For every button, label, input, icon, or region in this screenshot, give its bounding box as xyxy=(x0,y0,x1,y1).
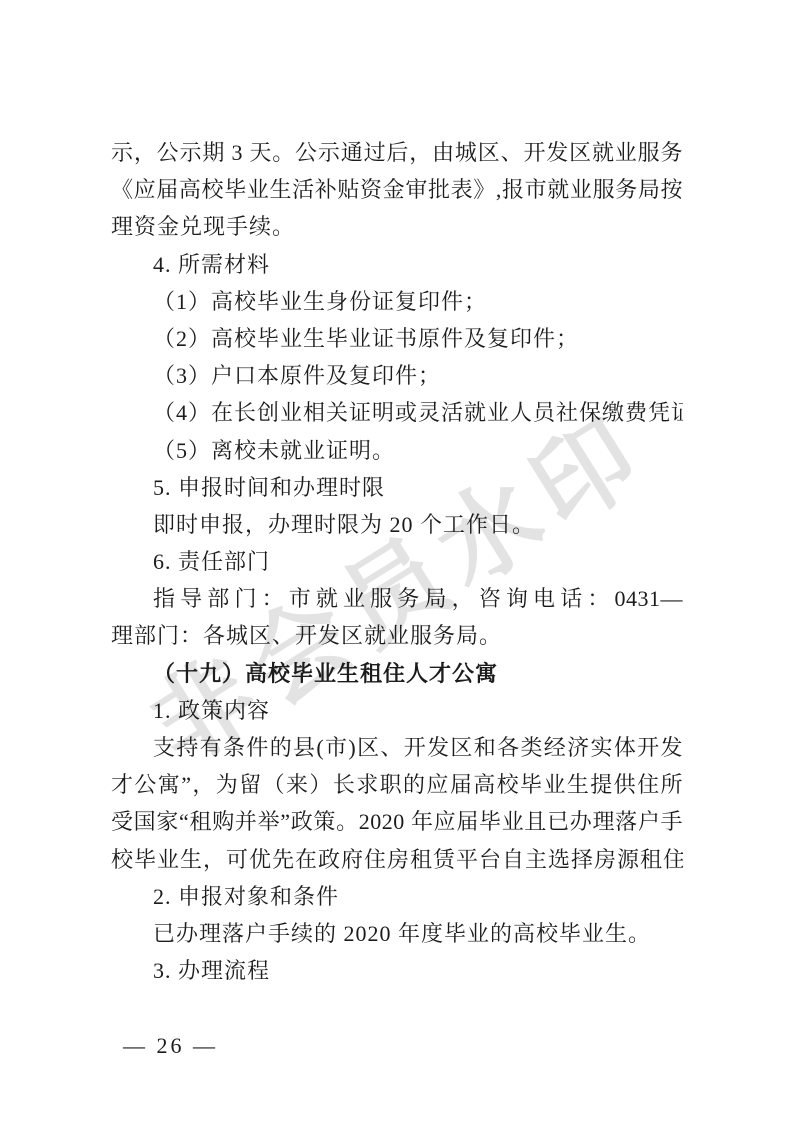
section-heading: （十九）高校毕业生租住人才公寓 xyxy=(111,655,683,692)
text-line: （4）在长创业相关证明或灵活就业人员社保缴费凭证； xyxy=(111,394,683,431)
document-content: 示，公示期 3 天。公示通过后，由城区、开发区就业服务局填写《应届高校毕业生活补… xyxy=(111,134,683,989)
text-line: 示，公示期 3 天。公示通过后，由城区、开发区就业服务局填写 xyxy=(111,134,683,171)
text-line: 1. 政策内容 xyxy=(111,692,683,729)
text-line: 3. 办理流程 xyxy=(111,952,683,989)
text-line: 受国家“租购并举”政策。2020 年应届毕业且已办理落户手续的高 xyxy=(111,803,683,840)
text-line: 才公寓”，为留（来）长求职的应届高校毕业生提供住所的，可享 xyxy=(111,766,683,803)
text-line: 校毕业生，可优先在政府住房租赁平台自主选择房源租住。 xyxy=(111,841,683,878)
text-line: 4. 所需材料 xyxy=(111,246,683,283)
text-line: 理部门：各城区、开发区就业服务局。 xyxy=(111,617,683,654)
text-line: （1）高校毕业生身份证复印件； xyxy=(111,283,683,320)
text-line: （5）离校未就业证明。 xyxy=(111,432,683,469)
text-line: （2）高校毕业生毕业证书原件及复印件； xyxy=(111,320,683,357)
text-line: 5. 申报时间和办理时限 xyxy=(111,469,683,506)
text-line: 《应届高校毕业生活补贴资金审批表》,报市就业服务局按程序办 xyxy=(111,171,683,208)
text-line: （3）户口本原件及复印件； xyxy=(111,357,683,394)
text-line: 理资金兑现手续。 xyxy=(111,208,683,245)
text-line: 已办理落户手续的 2020 年度毕业的高校毕业生。 xyxy=(111,915,683,952)
text-line: 2. 申报对象和条件 xyxy=(111,878,683,915)
document-page: 非会员水印 示，公示期 3 天。公示通过后，由城区、开发区就业服务局填写《应届高… xyxy=(0,0,793,1122)
text-line: 6. 责任部门 xyxy=(111,543,683,580)
page-number: — 26 — xyxy=(123,1031,218,1061)
text-line: 即时申报，办理时限为 20 个工作日。 xyxy=(111,506,683,543)
text-line: 指导部门：市就业服务局，咨询电话：0431—81118026，受 xyxy=(111,580,683,617)
text-line: 支持有条件的县(市)区、开发区和各类经济实体开发建设“人 xyxy=(111,729,683,766)
